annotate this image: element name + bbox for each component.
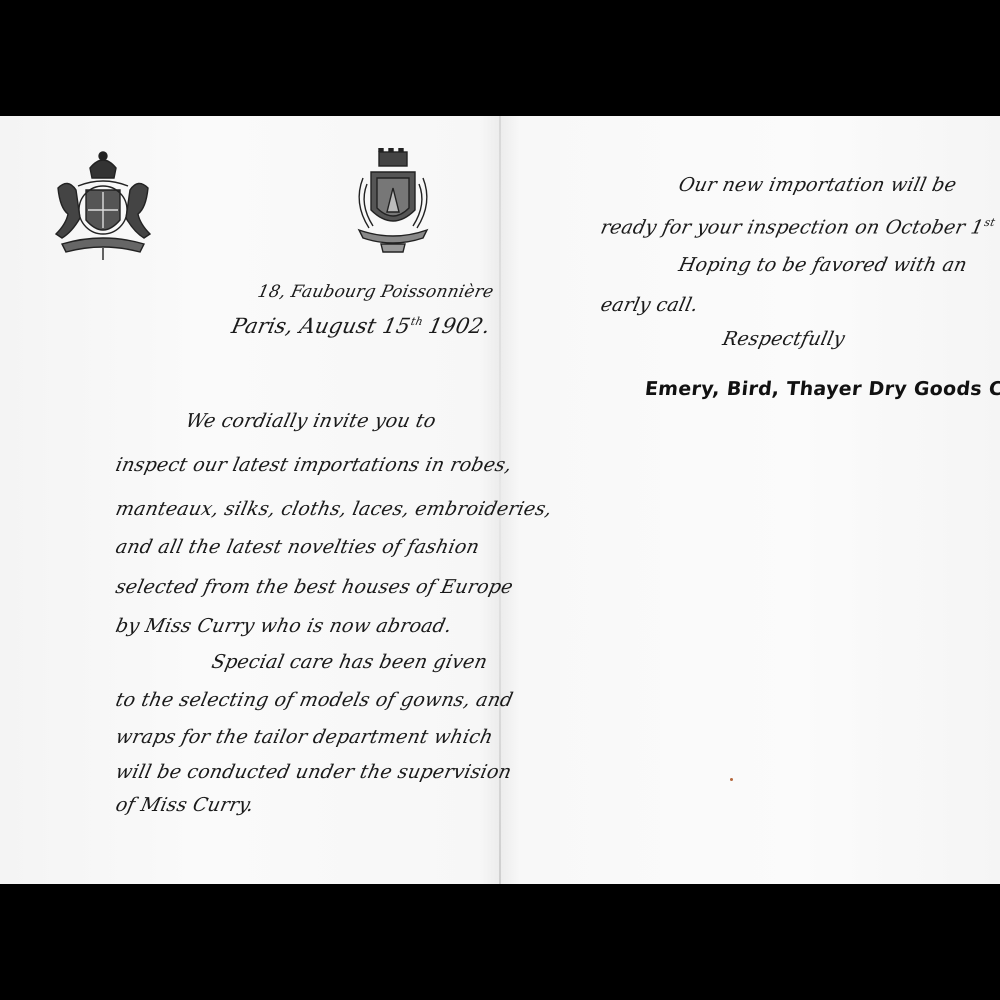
body-line-6: by Miss Curry who is now abroad. <box>114 615 454 637</box>
body-line-10: will be conducted under the supervision <box>114 761 514 783</box>
body-line-9: wraps for the tailor department which <box>114 726 495 748</box>
address: 18, Faubourg Poissonnière <box>256 282 496 302</box>
right-line-1: Our new importation will be <box>677 174 959 196</box>
date-year: 1902. <box>419 314 492 338</box>
right-line-2: ready for your inspection on October 1st <box>599 216 997 238</box>
signature: Emery, Bird, Thayer Dry Goods Co. <box>644 378 1000 400</box>
october-suffix: st <box>983 216 996 229</box>
right-line-4: early call. <box>599 294 701 316</box>
closing: Respectfully <box>721 328 847 350</box>
right-line-3: Hoping to be favored with an <box>677 254 969 276</box>
body-line-1: We cordially invite you to <box>184 410 438 432</box>
city-coat-of-arms-icon <box>343 148 443 258</box>
body-line-3: manteaux, silks, cloths, laces, embroide… <box>114 498 554 520</box>
body-line-4: and all the latest novelties of fashion <box>114 536 482 558</box>
date-prefix: Paris, August 15 <box>229 314 412 338</box>
body-line-5: selected from the best houses of Europe <box>114 576 515 598</box>
left-page: 18, Faubourg Poissonnière Paris, August … <box>0 116 499 884</box>
right-page: Our new importation will be ready for yo… <box>501 116 1000 884</box>
body-line-2: inspect our latest importations in robes… <box>114 454 514 476</box>
letter-sheet: 18, Faubourg Poissonnière Paris, August … <box>0 116 1000 884</box>
body-line-8: to the selecting of models of gowns, and <box>114 689 515 711</box>
royal-coat-of-arms-icon <box>48 148 158 263</box>
paper-spot <box>730 778 733 781</box>
body-line-11: of Miss Curry. <box>114 794 256 816</box>
body-line-7: Special care has been given <box>210 651 490 673</box>
date-line: Paris, August 15th 1902. <box>229 314 492 338</box>
